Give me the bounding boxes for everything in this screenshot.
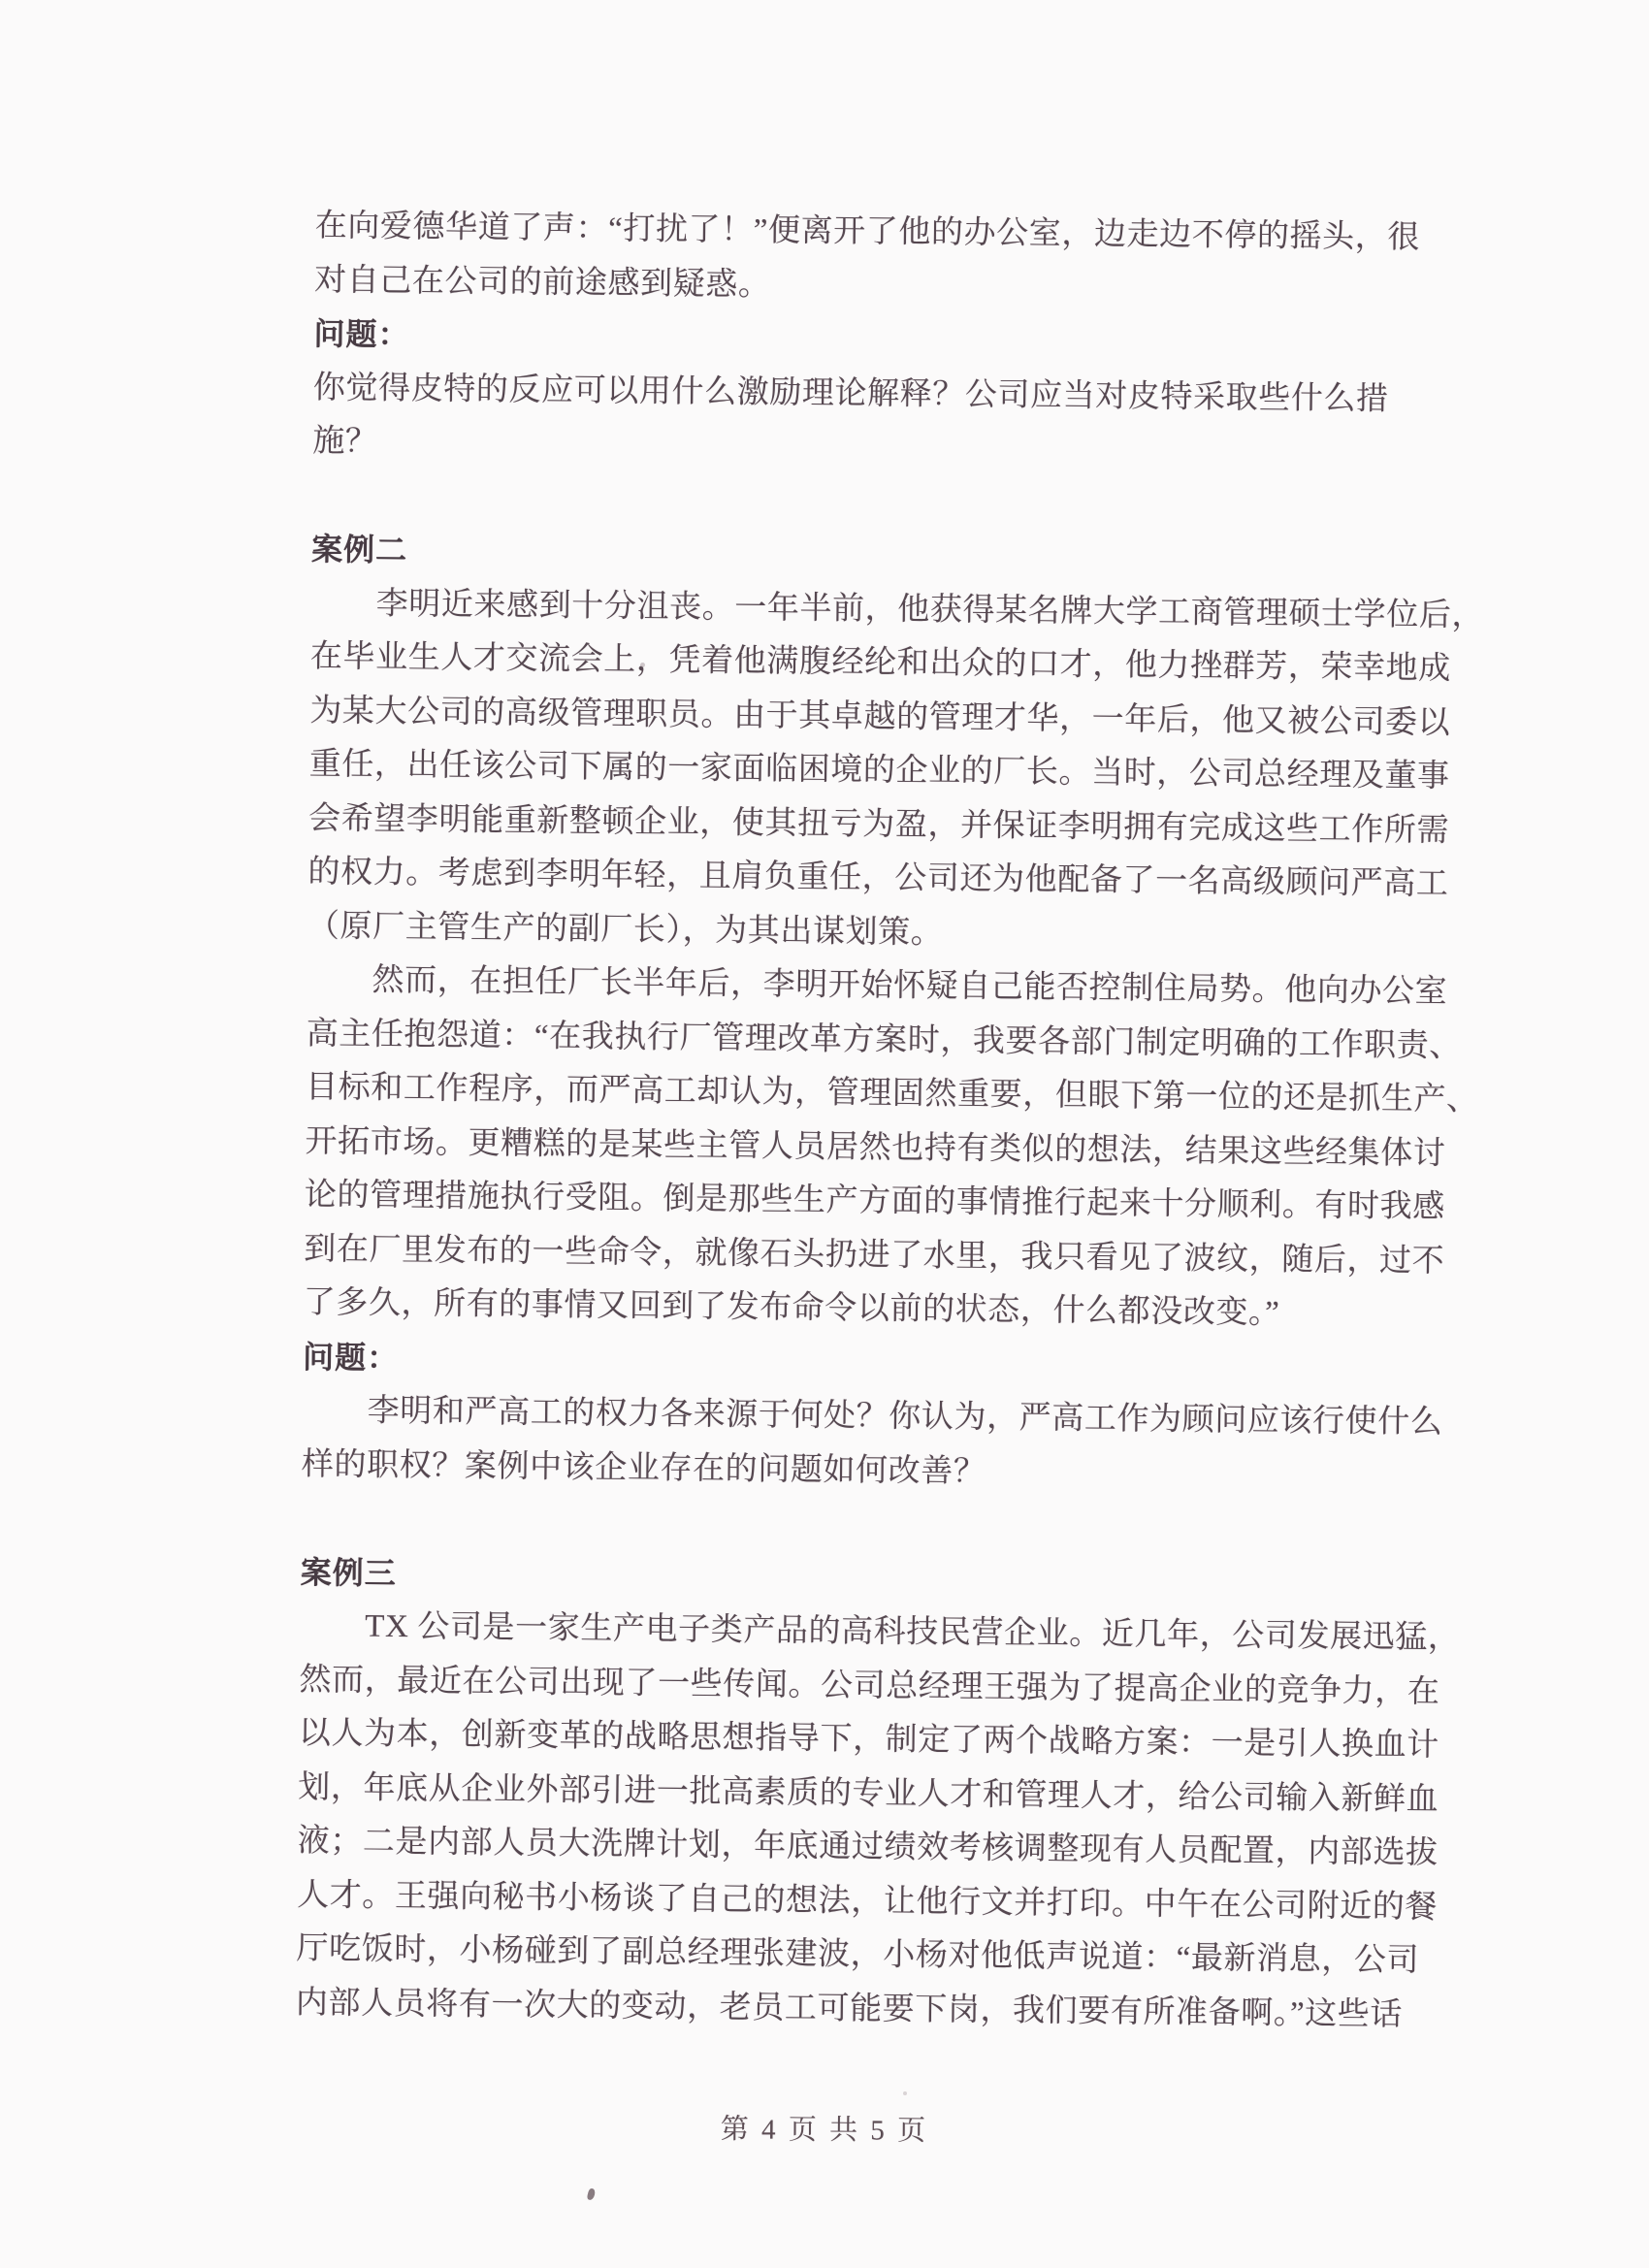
scan-speck [587,2187,597,2200]
scan-speck [903,2091,907,2095]
scan-speck [640,663,645,667]
document-page: 在向爱德华道了声：“打扰了！”便离开了他的办公室，边走边不停的摇头，很对自己在公… [0,0,1649,2268]
page-number: 第 4 页 共 5 页 [0,2104,1649,2155]
document-content: 在向爱德华道了声：“打扰了！”便离开了他的办公室，边走边不停的摇头，很对自己在公… [296,200,1460,2043]
